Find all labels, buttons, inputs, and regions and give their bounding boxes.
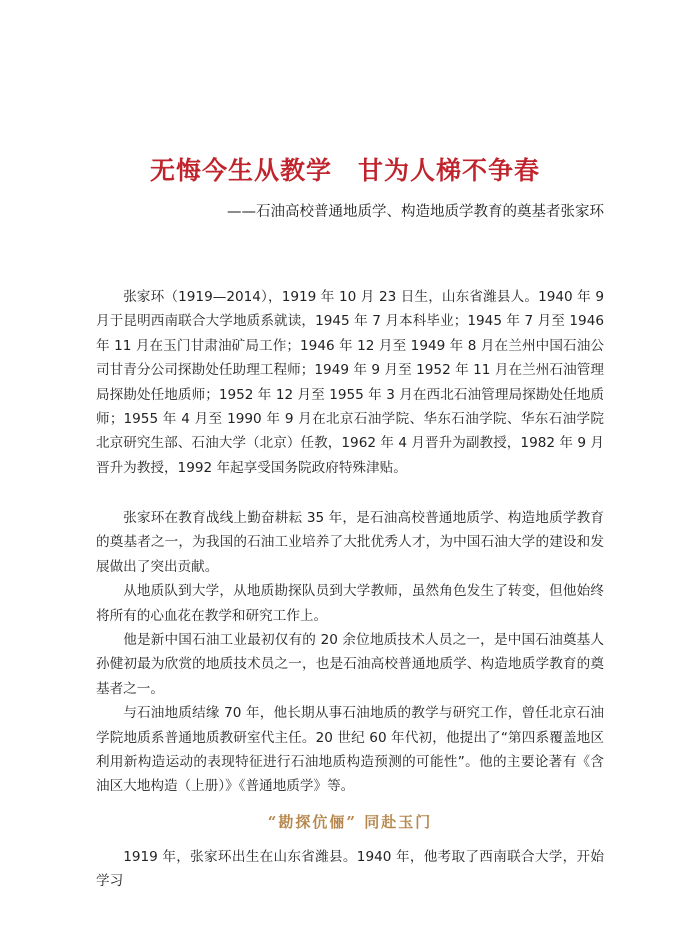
bio-paragraph: 张家环（1919—2014），1919 年 10 月 23 日生，山东省潍县人。… (96, 285, 604, 480)
section-heading: “勘探伉俪” 同赴玉门 (96, 810, 604, 834)
document-page: 无悔今生从教学甘为人梯不争春 ——石油高校普通地质学、构造地质学教育的奠基者张家… (0, 0, 680, 945)
paragraph: 1919 年，张家环出生在山东省潍县。1940 年，他考取了西南联合大学，开始学… (96, 845, 604, 894)
section-body: 1919 年，张家环出生在山东省潍县。1940 年，他考取了西南联合大学，开始学… (96, 845, 604, 894)
intro-block: 张家环在教育战线上勤奋耕耘 35 年，是石油高校普通地质学、构造地质学教育的奠基… (96, 506, 604, 799)
article-title: 无悔今生从教学甘为人梯不争春 (150, 153, 550, 189)
paragraph: 张家环在教育战线上勤奋耕耘 35 年，是石油高校普通地质学、构造地质学教育的奠基… (96, 506, 604, 579)
title-part-1: 无悔今生从教学 (150, 156, 332, 185)
paragraph: 从地质队到大学，从地质勘探队员到大学教师，虽然角色发生了转变，但他始终将所有的心… (96, 579, 604, 628)
bio-block: 张家环（1919—2014），1919 年 10 月 23 日生，山东省潍县人。… (96, 285, 604, 480)
article-subtitle: ——石油高校普通地质学、构造地质学教育的奠基者张家环 (222, 201, 604, 223)
title-part-2: 甘为人梯不争春 (358, 156, 540, 185)
paragraph: 他是新中国石油工业最初仅有的 20 余位地质技术人员之一，是中国石油奠基人孙健初… (96, 628, 604, 701)
paragraph: 与石油地质结缘 70 年，他长期从事石油地质的教学与研究工作，曾任北京石油学院地… (96, 701, 604, 799)
